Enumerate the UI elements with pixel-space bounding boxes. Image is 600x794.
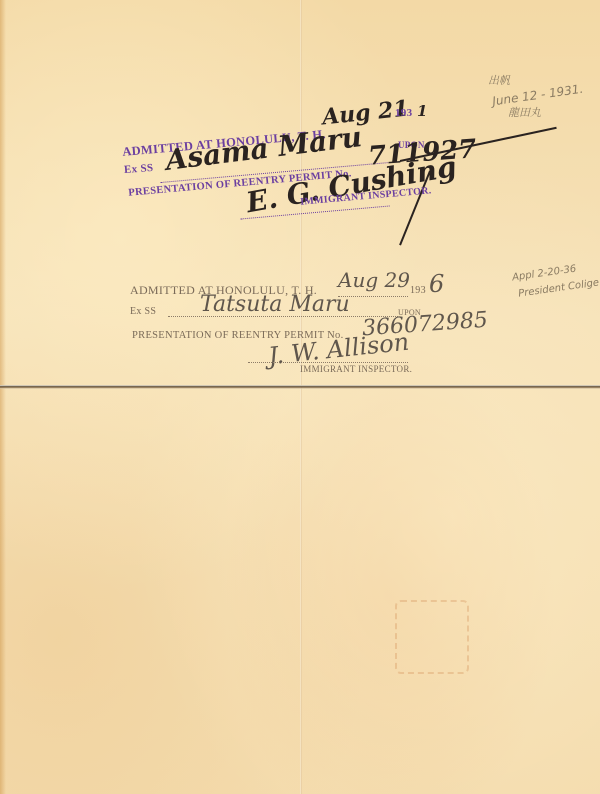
handwritten-ship-name: Tatsuta Maru [200,292,350,317]
handwritten-year-digit: 1 [417,102,427,120]
annotation-departure-label: 出帆 [488,72,510,88]
annotation-application-date: Appl 2-20-36 [512,264,577,284]
stamp-year-prefix: 193 [395,107,412,119]
inspector-dotted-line [248,362,408,363]
handwritten-date: Aug 29 [338,268,410,292]
vertical-fold-line [300,0,302,794]
stamp-ex-ss-label: Ex SS [124,162,154,176]
document-page: 出帆 June 12 - 1931. 龍田丸 ADMITTED AT HONOL… [0,0,600,794]
handwritten-ship-name: Asama Maru [164,120,364,177]
watermark-emboss [395,600,469,674]
horizontal-fold-crease [0,385,600,389]
handwritten-year-digit: 6 [429,270,444,298]
stamp-inspector-label: IMMIGRANT INSPECTOR. [300,364,412,374]
paper-edge-stain [0,0,6,794]
annotation-ship-name-japanese: 龍田丸 [508,104,541,120]
stamp-ex-ss-label: Ex SS [130,306,156,317]
stamp-year-prefix: 193 [410,285,426,296]
